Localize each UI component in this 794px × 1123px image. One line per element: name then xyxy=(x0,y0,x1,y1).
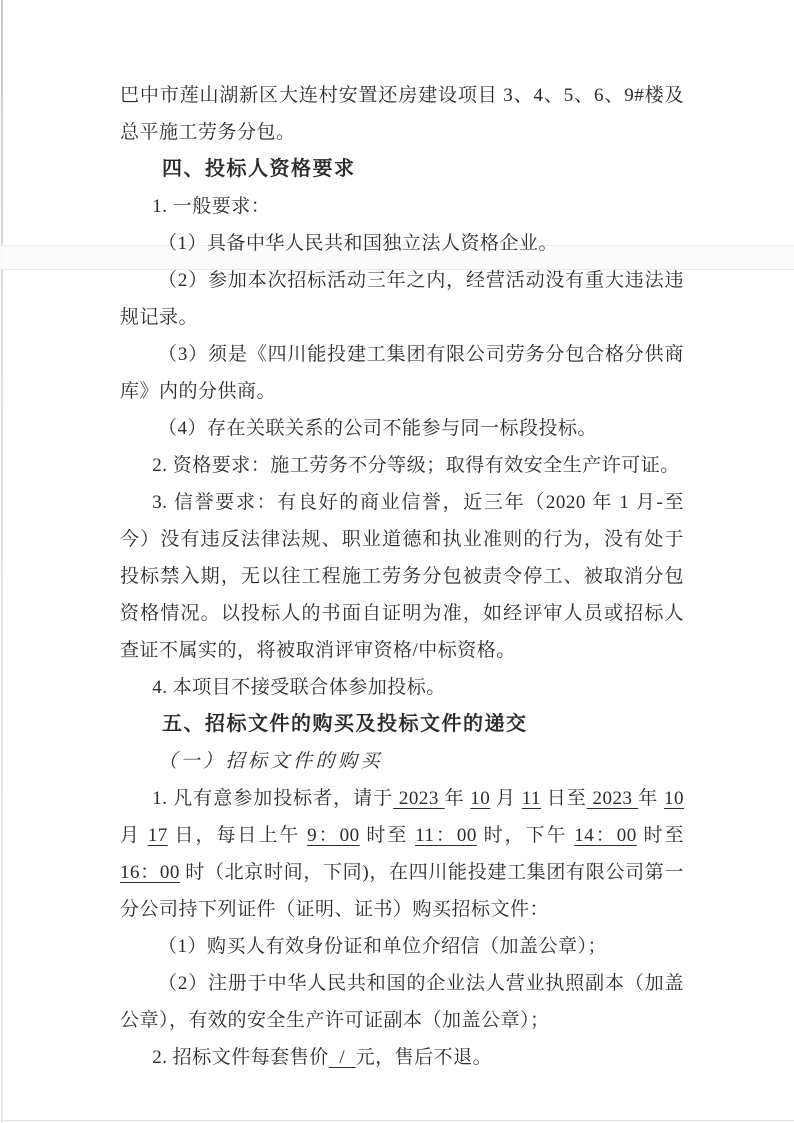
fill-in-blank-value: 10 xyxy=(664,788,684,809)
text-segment: 日至 xyxy=(541,788,587,809)
fill-in-blank-value: 16：00 xyxy=(120,862,180,883)
paragraph: 巴中市莲山湖新区大连村安置还房建设项目 3、4、5、6、9#楼及总平施工劳务分包… xyxy=(120,77,684,151)
scan-artifact-left-edge xyxy=(1,0,3,1123)
text-segment: 时至 xyxy=(637,825,684,846)
fill-in-blank-value: 17 xyxy=(148,825,168,846)
text-segment: 时（北京时间，下同)，在四川能投建工集团有限公司第一分公司持下列证件（证明、证书… xyxy=(120,862,684,920)
paragraph: （1）购买人有效身份证和单位介绍信（加盖公章）； xyxy=(120,928,684,965)
paragraph: （2）参加本次招标活动三年之内，经营活动没有重大违法违规记录。 xyxy=(120,262,684,336)
paragraph: 4. 本项目不接受联合体参加投标。 xyxy=(120,669,684,706)
fill-in-blank-value: 11：00 xyxy=(415,825,477,846)
fill-in-blank-value: 11 xyxy=(522,788,541,809)
paragraph: 3. 信誉要求：有良好的商业信誉，近三年（2020 年 1 月-至今）没有违反法… xyxy=(120,484,684,669)
text-segment: 1. 凡有意参加投标者，请于 xyxy=(152,788,393,809)
text-segment: 日，每日上午 xyxy=(168,825,307,846)
text-segment: 2. 招标文件每套售价 xyxy=(152,1047,329,1068)
text-segment: 年 xyxy=(638,788,664,809)
fill-in-blank-value: 14：00 xyxy=(574,825,636,846)
text-segment: 元，售后不退。 xyxy=(356,1047,493,1068)
fill-in-blank-value: 2023 xyxy=(587,788,638,809)
paragraph: 2. 招标文件每套售价 / 元，售后不退。 xyxy=(120,1039,684,1076)
text-segment: 月 xyxy=(490,788,521,809)
fill-in-blank-value: 2023 xyxy=(393,788,444,809)
paragraph: 1. 凡有意参加投标者，请于 2023 年 10 月 11 日至 2023 年 … xyxy=(120,780,684,928)
section-heading: 四、投标人资格要求 xyxy=(120,151,684,188)
text-segment: 月 xyxy=(120,825,148,846)
document-body: 巴中市莲山湖新区大连村安置还房建设项目 3、4、5、6、9#楼及总平施工劳务分包… xyxy=(120,77,684,1076)
paragraph: （3）须是《四川能投建工集团有限公司劳务分包合格分供商库》内的分供商。 xyxy=(120,336,684,410)
paragraph: （2）注册于中华人民共和国的企业法人营业执照副本（加盖公章），有效的安全生产许可… xyxy=(120,965,684,1039)
text-segment: 时至 xyxy=(360,825,415,846)
paragraph: （1）具备中华人民共和国独立法人资格企业。 xyxy=(120,225,684,262)
paragraph: 2. 资格要求：施工劳务不分等级；取得有效安全生产许可证。 xyxy=(120,447,684,484)
text-segment: 年 xyxy=(445,788,471,809)
fill-in-blank-value: 9：00 xyxy=(307,825,359,846)
fill-in-blank-value: 10 xyxy=(470,788,490,809)
fill-in-blank-value: / xyxy=(329,1047,356,1068)
paragraph: （4）存在关联关系的公司不能参与同一标段投标。 xyxy=(120,410,684,447)
text-segment: 时，下午 xyxy=(477,825,574,846)
sub-section-heading: （一）招标文件的购买 xyxy=(120,743,684,780)
scan-artifact-bottom-edge xyxy=(0,1120,794,1121)
document-page: 巴中市莲山湖新区大连村安置还房建设项目 3、4、5、6、9#楼及总平施工劳务分包… xyxy=(0,0,794,1123)
section-heading: 五、招标文件的购买及投标文件的递交 xyxy=(120,706,684,743)
paragraph: 1. 一般要求： xyxy=(120,188,684,225)
